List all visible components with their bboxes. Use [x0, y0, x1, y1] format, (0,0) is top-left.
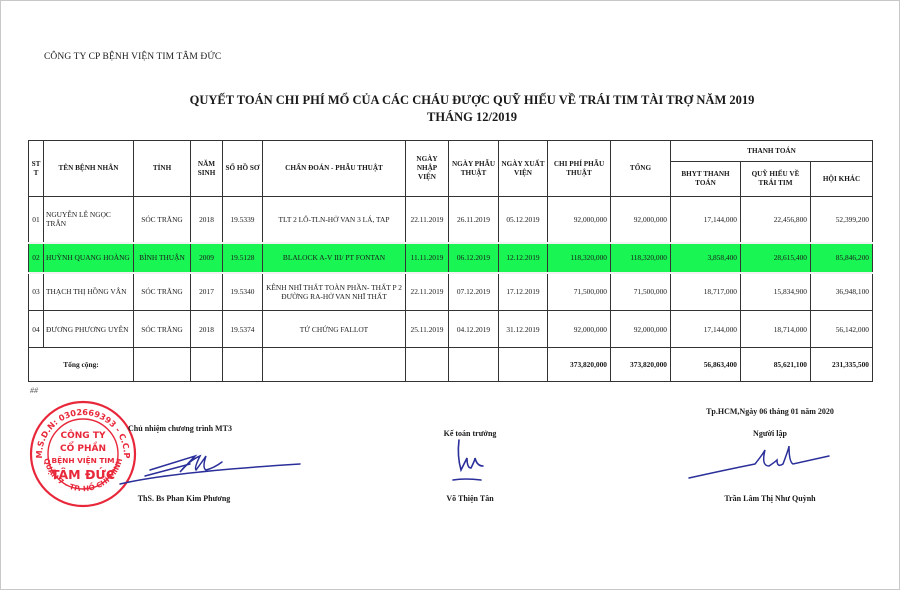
cell-discharge-date: 12.12.2019 [499, 243, 548, 273]
cell-stt: 01 [29, 197, 44, 243]
cell-total: 71,500,000 [611, 273, 671, 311]
end-marker: ## [30, 386, 38, 395]
cell-fund: 22,456,800 [741, 197, 811, 243]
cell-diagnosis: KÊNH NHĨ THẤT TOÀN PHẦN- THẤT P 2 ĐƯỜNG … [263, 273, 406, 311]
header-admit-date: NGÀY NHẬP VIỆN [406, 141, 449, 197]
cell-discharge-date: 05.12.2019 [499, 197, 548, 243]
table-row: 03THẠCH THỊ HỒNG VÂNSÓC TRĂNG201719.5340… [29, 273, 873, 311]
cell-surgery-cost: 92,000,000 [548, 197, 611, 243]
cell-admit-date: 22.11.2019 [406, 273, 449, 311]
cell-surgery-date: 04.12.2019 [449, 311, 499, 348]
cell-fund: 15,834,900 [741, 273, 811, 311]
stamp-line3: BỆNH VIỆN TIM [51, 456, 114, 465]
cell-province: SÓC TRĂNG [134, 311, 191, 348]
cell-admit-date: 22.11.2019 [406, 197, 449, 243]
cell-diagnosis: TLT 2 LỖ-TLN-HỞ VAN 3 LÁ, TAP [263, 197, 406, 243]
signature-1 [110, 442, 310, 492]
header-name: TÊN BỆNH NHÂN [44, 141, 134, 197]
cell-discharge-date: 31.12.2019 [499, 311, 548, 348]
header-birth-year: NĂM SINH [191, 141, 223, 197]
cell-province: BÌNH THUẬN [134, 243, 191, 273]
cell-total: 92,000,000 [611, 197, 671, 243]
cell-record-no: 19.5128 [223, 243, 263, 273]
table-row: 04ĐƯƠNG PHƯƠNG UYÊNSÓC TRĂNG201819.5374T… [29, 311, 873, 348]
signer-3-name: Trần Lâm Thị Như Quỳnh [690, 494, 850, 503]
header-discharge-date: NGÀY XUẤT VIỆN [499, 141, 548, 197]
header-surgery-date: NGÀY PHẪU THUẬT [449, 141, 499, 197]
totals-fund: 85,621,100 [741, 348, 811, 382]
cell-diagnosis: BLALOCK A-V III/ PT FONTAN [263, 243, 406, 273]
header-stt: ST T [29, 141, 44, 197]
header-payment-group: THANH TOÁN [671, 141, 873, 162]
cell-diagnosis: TỨ CHỨNG FALLOT [263, 311, 406, 348]
cell-total: 92,000,000 [611, 311, 671, 348]
header-row: ST T TÊN BỆNH NHÂN TỈNH NĂM SINH SỐ HỒ S… [29, 141, 873, 162]
cell-stt: 04 [29, 311, 44, 348]
signer-1-name: ThS. Bs Phan Kim Phương [104, 494, 264, 503]
cell-birth-year: 2018 [191, 197, 223, 243]
cell-name: THẠCH THỊ HỒNG VÂN [44, 273, 134, 311]
cell-bhyt: 18,717,000 [671, 273, 741, 311]
cell-discharge-date: 17.12.2019 [499, 273, 548, 311]
cell-total: 118,320,000 [611, 243, 671, 273]
document-subtitle: THÁNG 12/2019 [22, 110, 900, 125]
settlement-table: ST T TÊN BỆNH NHÂN TỈNH NĂM SINH SỐ HỒ S… [28, 140, 873, 382]
cell-name: HUỲNH QUANG HOÀNG [44, 243, 134, 273]
cell-surgery-date: 26.11.2019 [449, 197, 499, 243]
cell-province: SÓC TRĂNG [134, 273, 191, 311]
cell-other: 56,142,000 [811, 311, 873, 348]
cell-birth-year: 2009 [191, 243, 223, 273]
totals-other: 231,335,500 [811, 348, 873, 382]
stamp-line2: CỔ PHẦN [60, 441, 106, 454]
totals-bhyt: 56,863,400 [671, 348, 741, 382]
cell-birth-year: 2018 [191, 311, 223, 348]
cell-bhyt: 3,858,400 [671, 243, 741, 273]
totals-total: 373,820,000 [611, 348, 671, 382]
signer-1-role: Chủ nhiệm chương trình MT3 [100, 424, 260, 433]
signer-2-name: Võ Thiện Tân [415, 494, 525, 503]
cell-surgery-cost: 92,000,000 [548, 311, 611, 348]
company-name: CÔNG TY CP BỆNH VIỆN TIM TÂM ĐỨC [44, 52, 221, 62]
table-row: 02HUỲNH QUANG HOÀNGBÌNH THUẬN200919.5128… [29, 243, 873, 273]
signature-2 [445, 436, 505, 486]
cell-fund: 28,615,400 [741, 243, 811, 273]
cell-admit-date: 25.11.2019 [406, 311, 449, 348]
cell-birth-year: 2017 [191, 273, 223, 311]
signer-3-role: Người lập [725, 429, 815, 438]
cell-surgery-cost: 118,320,000 [548, 243, 611, 273]
cell-stt: 03 [29, 273, 44, 311]
totals-label: Tổng cộng: [29, 348, 134, 382]
cell-other: 52,399,200 [811, 197, 873, 243]
table-row: 01NGUYỄN LÊ NGỌC TRÂNSÓC TRĂNG201819.533… [29, 197, 873, 243]
signature-3 [685, 444, 835, 484]
cell-province: SÓC TRĂNG [134, 197, 191, 243]
cell-fund: 18,714,000 [741, 311, 811, 348]
cell-record-no: 19.5340 [223, 273, 263, 311]
cell-surgery-cost: 71,500,000 [548, 273, 611, 311]
cell-record-no: 19.5374 [223, 311, 263, 348]
header-surgery-cost: CHI PHÍ PHẪU THUẬT [548, 141, 611, 197]
header-bhyt: BHYT THANH TOÁN [671, 162, 741, 197]
stamp-line4: TÂM ĐỨC [51, 467, 115, 482]
cell-surgery-date: 06.12.2019 [449, 243, 499, 273]
cell-record-no: 19.5339 [223, 197, 263, 243]
header-other: HỘI KHÁC [811, 162, 873, 197]
cell-name: NGUYỄN LÊ NGỌC TRÂN [44, 197, 134, 243]
totals-surgery-cost: 373,820,000 [548, 348, 611, 382]
cell-stt: 02 [29, 243, 44, 273]
header-diagnosis: CHẨN ĐOÁN - PHẪU THUẬT [263, 141, 406, 197]
date-line: Tp.HCM,Ngày 06 tháng 01 năm 2020 [690, 407, 850, 416]
cell-name: ĐƯƠNG PHƯƠNG UYÊN [44, 311, 134, 348]
cell-surgery-date: 07.12.2019 [449, 273, 499, 311]
cell-admit-date: 11.11.2019 [406, 243, 449, 273]
header-total: TỔNG [611, 141, 671, 197]
header-province: TỈNH [134, 141, 191, 197]
header-record-no: SỐ HỒ SƠ [223, 141, 263, 197]
totals-row: Tổng cộng: 373,820,000 373,820,000 56,86… [29, 348, 873, 382]
cell-other: 85,846,200 [811, 243, 873, 273]
header-fund: QUỸ HIẾU VỀ TRÁI TIM [741, 162, 811, 197]
cell-other: 36,948,100 [811, 273, 873, 311]
cell-bhyt: 17,144,000 [671, 311, 741, 348]
cell-bhyt: 17,144,000 [671, 197, 741, 243]
document-title: QUYẾT TOÁN CHI PHÍ MỔ CỦA CÁC CHÁU ĐƯỢC … [22, 93, 900, 108]
